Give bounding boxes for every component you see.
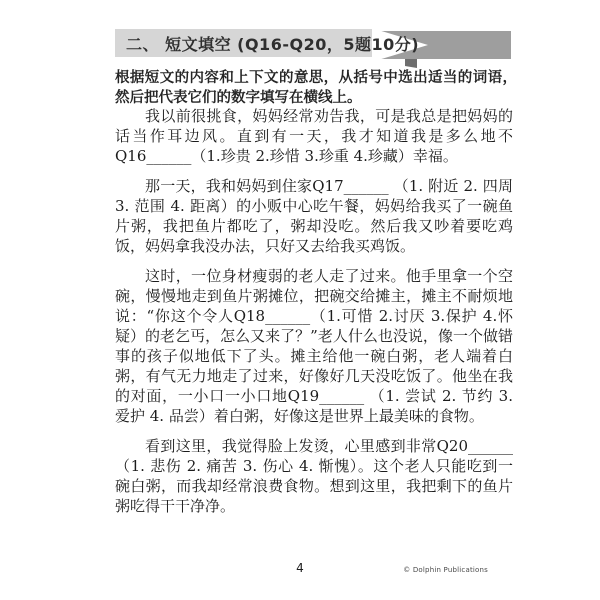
passage: 我以前很挑食，妈妈经常劝告我，可是我总是把妈妈的话当作耳边风。直到有一天，我才知…: [115, 106, 513, 526]
instructions-text: 根据短文的内容和上下文的意思，从括号中选出适当的词语，然后把代表它们的数字填写在…: [115, 68, 517, 108]
page-number: 4: [0, 561, 600, 575]
section-heading-bar: 二、 短文填空 (Q16-Q20，5题10分): [115, 29, 372, 57]
section-heading-label: 二、 短文填空 (Q16-Q20，5题10分): [126, 32, 419, 55]
worksheet-page: 二、 短文填空 (Q16-Q20，5题10分) 根据短文的内容和上下文的意思，从…: [0, 0, 600, 600]
passage-paragraph-4: 看到这里，我觉得脸上发烫，心里感到非常Q20______ （1. 悲伤 2. 痛…: [115, 436, 513, 516]
passage-paragraph-3: 这时，一位身材瘦弱的老人走了过来。他手里拿一个空碗，慢慢地走到鱼片粥摊位，把碗交…: [115, 266, 513, 426]
passage-paragraph-2: 那一天，我和妈妈到住家Q17______ （1. 附近 2. 四周 3. 范围 …: [115, 176, 513, 256]
passage-paragraph-1: 我以前很挑食，妈妈经常劝告我，可是我总是把妈妈的话当作耳边风。直到有一天，我才知…: [115, 106, 513, 166]
copyright-text: © Dolphin Publications: [403, 566, 488, 574]
